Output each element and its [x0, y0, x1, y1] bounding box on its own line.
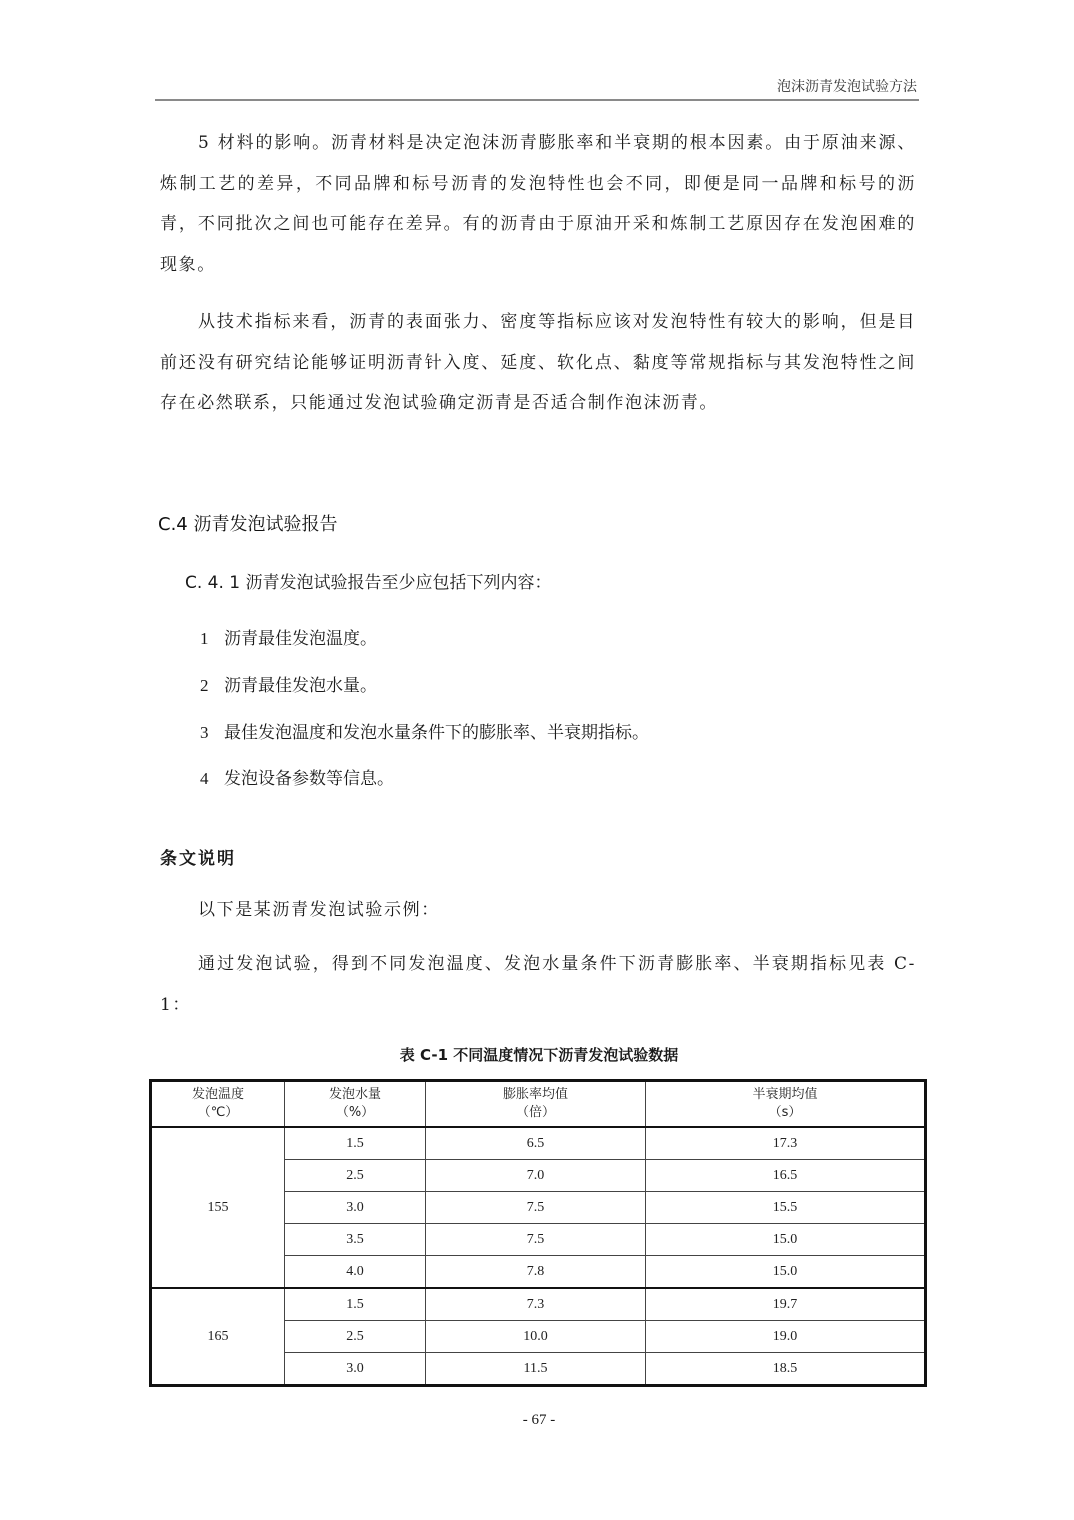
page-number: - 67 -: [150, 1412, 928, 1429]
header-rule: [155, 99, 919, 101]
list-item-number: 1: [200, 629, 224, 649]
list-item-number: 3: [200, 723, 224, 743]
half-life-cell: 17.3: [646, 1127, 926, 1160]
half-life-cell: 18.5: [646, 1353, 926, 1386]
expansion-cell: 7.3: [426, 1288, 646, 1321]
half-life-cell: 16.5: [646, 1160, 926, 1192]
expansion-cell: 7.5: [426, 1192, 646, 1224]
list-item-text: 沥青最佳发泡水量。: [224, 676, 377, 696]
expansion-cell: 6.5: [426, 1127, 646, 1160]
clause-text: C. 4. 1 沥青发泡试验报告至少应包括下列内容：: [185, 568, 552, 593]
header-half-life: 半衰期均值（s）: [646, 1081, 926, 1128]
half-life-cell: 19.7: [646, 1288, 926, 1321]
water-cell: 1.5: [285, 1127, 426, 1160]
note-paragraph-table-ref: 通过发泡试验，得到不同发泡温度、发泡水量条件下沥青膨胀率、半衰期指标见表 C-1…: [160, 944, 916, 1025]
list-item-text: 沥青最佳发泡温度。: [224, 629, 377, 649]
water-cell: 3.0: [285, 1192, 426, 1224]
temperature-cell: 155: [151, 1127, 285, 1288]
running-header: 泡沫沥青发泡试验方法: [155, 76, 917, 96]
expansion-cell: 10.0: [426, 1321, 646, 1353]
paragraph-material-influence: 5 材料的影响。沥青材料是决定泡沫沥青膨胀率和半衰期的根本因素。由于原油来源、炼…: [160, 123, 916, 285]
expansion-cell: 11.5: [426, 1353, 646, 1386]
water-cell: 2.5: [285, 1321, 426, 1353]
half-life-cell: 15.0: [646, 1256, 926, 1289]
water-cell: 3.0: [285, 1353, 426, 1386]
list-item-number: 4: [200, 769, 224, 789]
list-item-text: 最佳发泡温度和发泡水量条件下的膨胀率、半衰期指标。: [224, 723, 649, 743]
header-expansion: 膨胀率均值（倍）: [426, 1081, 646, 1128]
expansion-cell: 7.5: [426, 1224, 646, 1256]
section-heading: C.4 沥青发泡试验报告: [158, 510, 337, 536]
note-title: 条文说明: [160, 844, 236, 869]
half-life-cell: 15.0: [646, 1224, 926, 1256]
note-paragraph-intro: 以下是某沥青发泡试验示例：: [160, 890, 916, 931]
table-row: 155 1.5 6.5 17.3: [151, 1127, 926, 1160]
paragraph-technical-indicators: 从技术指标来看，沥青的表面张力、密度等指标应该对发泡特性有较大的影响，但是目前还…: [160, 302, 916, 424]
table-header-row: 发泡温度（℃） 发泡水量（%） 膨胀率均值（倍） 半衰期均值（s）: [151, 1081, 926, 1128]
list-item: 1沥青最佳发泡温度。: [200, 624, 377, 649]
list-item: 4发泡设备参数等信息。: [200, 764, 394, 789]
list-item-number: 2: [200, 676, 224, 696]
table-row: 165 1.5 7.3 19.7: [151, 1288, 926, 1321]
expansion-cell: 7.8: [426, 1256, 646, 1289]
expansion-cell: 7.0: [426, 1160, 646, 1192]
water-cell: 1.5: [285, 1288, 426, 1321]
list-item: 3最佳发泡温度和发泡水量条件下的膨胀率、半衰期指标。: [200, 718, 649, 743]
water-cell: 2.5: [285, 1160, 426, 1192]
water-cell: 4.0: [285, 1256, 426, 1289]
foaming-test-table: 发泡温度（℃） 发泡水量（%） 膨胀率均值（倍） 半衰期均值（s） 155 1.…: [149, 1079, 927, 1387]
header-temperature: 发泡温度（℃）: [151, 1081, 285, 1128]
half-life-cell: 15.5: [646, 1192, 926, 1224]
header-water: 发泡水量（%）: [285, 1081, 426, 1128]
list-item: 2沥青最佳发泡水量。: [200, 671, 377, 696]
list-item-text: 发泡设备参数等信息。: [224, 769, 394, 789]
water-cell: 3.5: [285, 1224, 426, 1256]
table-caption: 表 C-1 不同温度情况下沥青发泡试验数据: [150, 1044, 928, 1065]
temperature-cell: 165: [151, 1288, 285, 1386]
half-life-cell: 19.0: [646, 1321, 926, 1353]
